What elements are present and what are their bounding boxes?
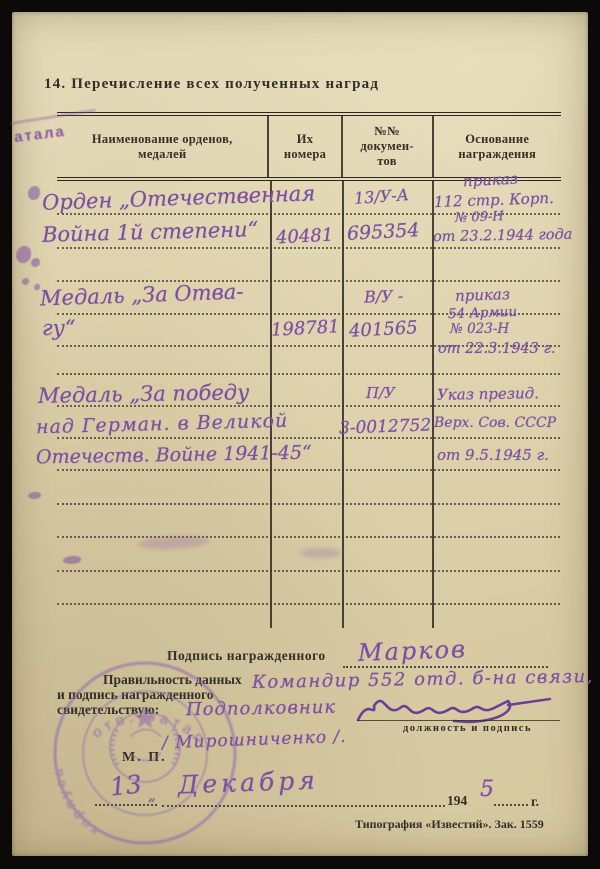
award-3-name-line-1: Медаль „За победу (38, 380, 250, 408)
ruled-line (57, 247, 560, 249)
award-3-doc-line-1: П/У (366, 384, 395, 402)
award-2-basis-line-1: приказ (455, 285, 511, 305)
date-year-printed: 194 (447, 793, 467, 809)
award-1-basis-line-4: от 23.2.1944 года (433, 227, 573, 245)
column-header-number-line1: Их (297, 132, 314, 147)
column-header-name: Наименование орденов, медалей (57, 116, 267, 177)
scanned-award-record-page: 14. Перечисление всех полученных наград … (0, 0, 600, 869)
page-title: 14. Перечисление всех полученных наград (44, 76, 379, 93)
award-3-basis-line-1: Указ презид. (437, 384, 539, 404)
column-header-basis-line1: Основание (465, 132, 529, 147)
column-header-number-line2: номера (284, 147, 326, 162)
ruled-line (57, 373, 560, 375)
column-header-name-line1: Наименование орденов, (92, 132, 233, 147)
date-year-suffix: г. (531, 794, 539, 810)
award-2-basis-line-2: 54 Армии (448, 304, 517, 322)
round-seal-stamp: отв. батал корпуса (45, 645, 245, 855)
column-header-documents-line1: №№ (374, 124, 400, 139)
ruled-line (57, 503, 560, 505)
ink-smudge (300, 548, 342, 558)
ruled-line (57, 437, 560, 439)
svg-text:корпуса: корпуса (49, 765, 101, 840)
printing-house-imprint: Типография «Известий». Зак. 1559 (355, 817, 544, 832)
ruled-line (57, 469, 560, 471)
column-header-basis-line2: награждения (458, 147, 536, 162)
svg-text:отв. батал: отв. батал (89, 708, 211, 749)
award-1-doc-line-1: 13/У-А (353, 185, 409, 208)
ruled-line (57, 280, 560, 282)
award-2-doc-line-1: В/У - (364, 286, 404, 306)
round-stamp-arc-top-text: отв. батал (89, 708, 211, 749)
award-1-basis-line-1: приказ (463, 170, 519, 191)
award-2-basis-line-3: № 023-Н (450, 321, 509, 337)
round-stamp-arc-left-text: корпуса (49, 765, 101, 840)
column-header-documents: №№ докумен- тов (341, 116, 432, 177)
award-2-name-line-2: гу“ (42, 316, 76, 340)
award-3-basis-line-2: Верх. Сов. СССР (434, 415, 556, 431)
award-3-basis-line-3: от 9.5.1945 г. (437, 446, 549, 464)
ruled-line (57, 570, 560, 572)
position-caption: должность и подпись (403, 723, 532, 734)
award-2-doc-line-2: 401565 (348, 317, 418, 342)
award-1-basis-line-3: № 09-Н (455, 209, 504, 226)
awardee-signature: Марков (358, 635, 468, 667)
award-1-number: 40481 (275, 225, 333, 249)
column-header-number: Их номера (267, 116, 340, 177)
ruled-line (57, 603, 560, 605)
award-2-number: 198781 (270, 316, 340, 341)
award-1-doc-line-2: 695354 (346, 219, 420, 245)
certifier-signature-scrawl (350, 688, 565, 728)
column-header-name-line2: медалей (138, 147, 186, 162)
award-2-basis-line-4: от 22.3.1943 г. (438, 341, 555, 357)
column-header-documents-line3: тов (377, 154, 397, 169)
column-header-basis: Основание награждения (432, 116, 561, 177)
date-ruled-line (494, 804, 528, 806)
position-caption-line (357, 720, 560, 721)
award-3-doc-line-2: 3-0012752 (339, 415, 432, 438)
ruled-line (57, 536, 560, 538)
date-year-digit: 5 (480, 777, 494, 802)
column-header-documents-line2: докумен- (360, 139, 414, 154)
